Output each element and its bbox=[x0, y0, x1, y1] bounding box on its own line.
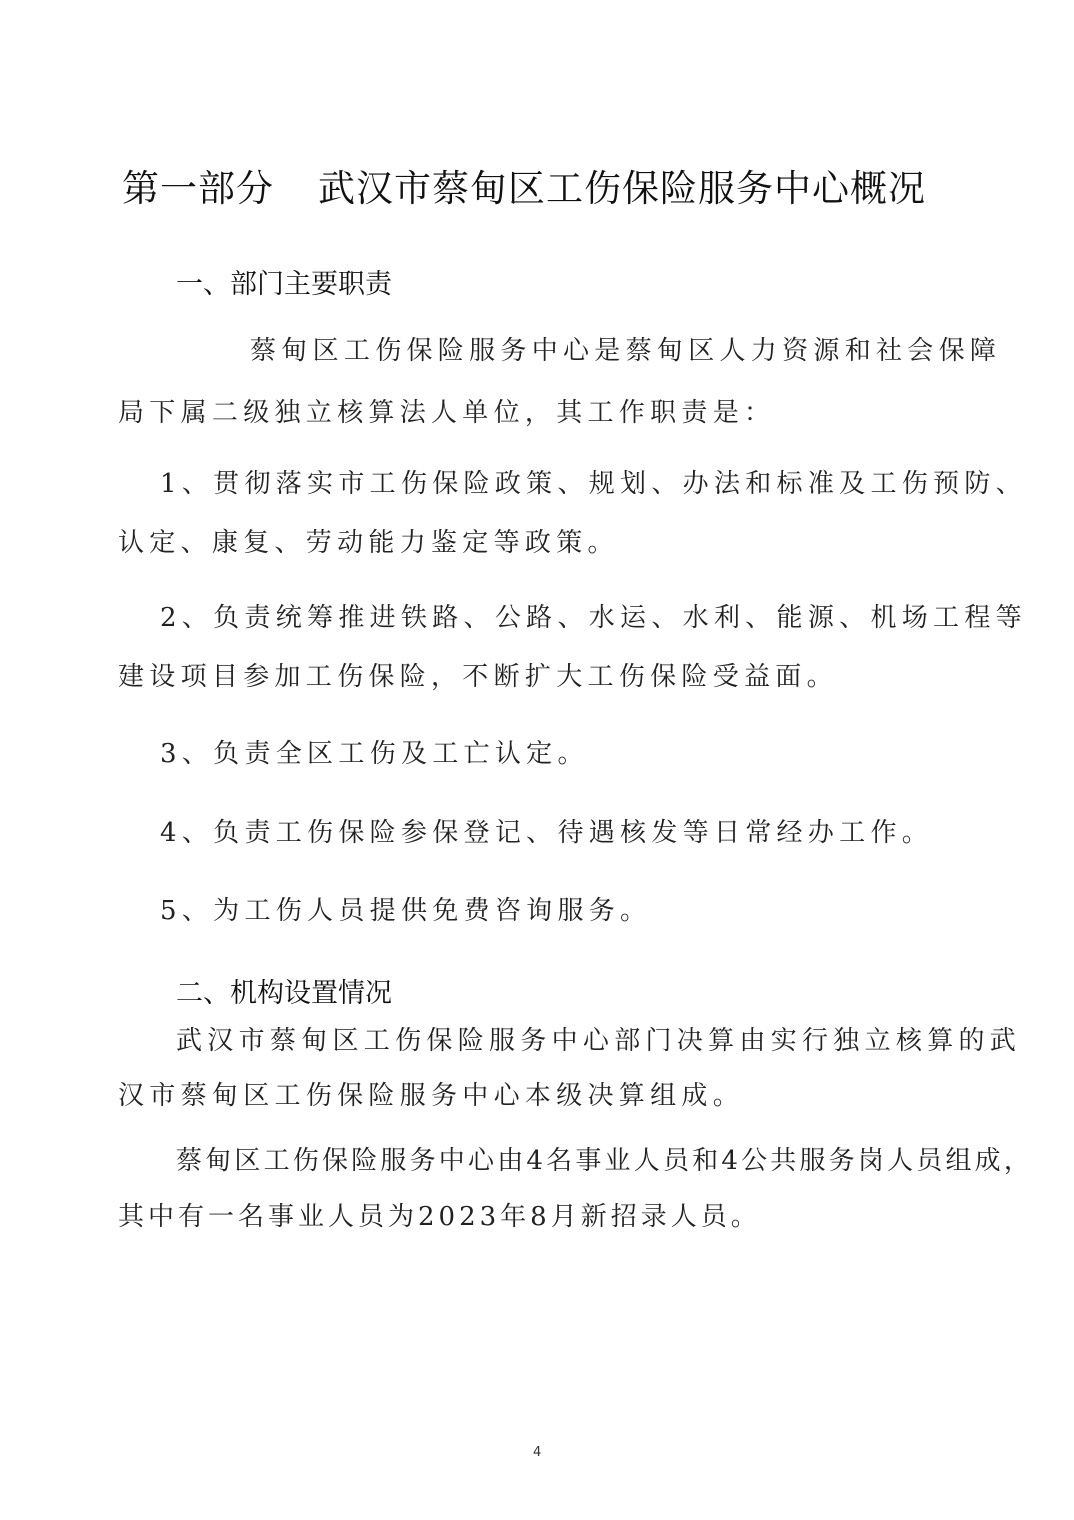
page-title: 第一部分武汉市蔡甸区工伤保险服务中心概况 bbox=[122, 158, 926, 212]
duty-item-3: 3、负责全区工伤及工亡认定。 bbox=[160, 733, 589, 770]
duty-item-2-line-2: 建设项目参加工伤保险，不断扩大工伤保险受益面。 bbox=[118, 656, 838, 693]
duty-item-2-line-1: 2、负责统筹推进铁路、公路、水运、水利、能源、机场工程等 bbox=[160, 597, 1027, 634]
duty-item-1-line-1: 1、贯彻落实市工伤保险政策、规划、办法和标准及工伤预防、 bbox=[160, 463, 1027, 500]
section-heading-organization: 二、机构设置情况 bbox=[176, 971, 392, 1010]
intro-line-2: 局下属二级独立核算法人单位，其工作职责是： bbox=[118, 392, 775, 429]
duty-item-5: 5、为工伤人员提供免费咨询服务。 bbox=[160, 890, 651, 927]
duty-item-1-line-2: 认定、康复、劳动能力鉴定等政策。 bbox=[118, 522, 619, 559]
intro-line-1: 蔡甸区工伤保险服务中心是蔡甸区人力资源和社会保障 bbox=[250, 330, 1001, 367]
title-part: 第一部分 bbox=[122, 167, 274, 210]
org-paragraph-1-line-1: 武汉市蔡甸区工伤保险服务中心部门决算由实行独立核算的武 bbox=[176, 1020, 1021, 1057]
duty-item-4: 4、负责工伤保险参保登记、待遇核发等日常经办工作。 bbox=[160, 812, 933, 849]
page-number: 4 bbox=[533, 1445, 541, 1460]
title-main: 武汉市蔡甸区工伤保险服务中心概况 bbox=[318, 167, 926, 210]
org-paragraph-2-line-2: 其中有一名事业人员为2023年8月新招录人员。 bbox=[118, 1196, 761, 1233]
org-paragraph-2-line-1: 蔡甸区工伤保险服务中心由4名事业人员和4公共服务岗人员组成， bbox=[176, 1140, 1033, 1177]
section-heading-responsibilities: 一、部门主要职责 bbox=[176, 262, 392, 301]
org-paragraph-1-line-2: 汉市蔡甸区工伤保险服务中心本级决算组成。 bbox=[118, 1075, 744, 1112]
